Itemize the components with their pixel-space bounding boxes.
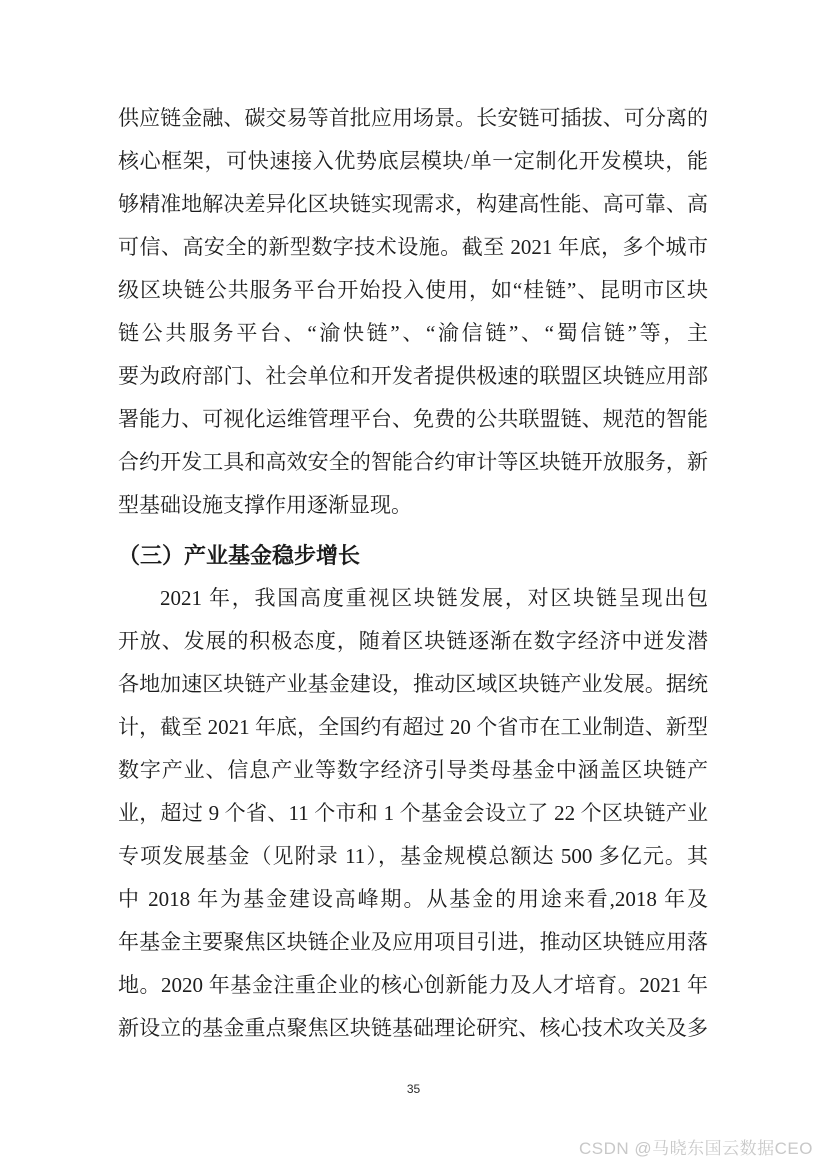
body-line: 专项发展基金（见附录 11），基金规模总额达 500 多亿元。其 [118,835,708,878]
body-line: 中 2018 年为基金建设高峰期。从基金的用途来看,2018 年及 2019 [118,878,708,921]
body-line: 年基金主要聚焦区块链企业及应用项目引进，推动区块链应用落 [118,921,708,964]
body-line: 各地加速区块链产业基金建设，推动区域区块链产业发展。据统 [118,663,708,706]
body-line: 级区块链公共服务平台开始投入使用，如“桂链”、昆明市区块 [118,269,708,312]
body-line: 合约开发工具和高效安全的智能合约审计等区块链开放服务，新 [118,441,708,484]
body-line: 新设立的基金重点聚焦区块链基础理论研究、核心技术攻关及多 [118,1007,708,1050]
body-line: 计，截至 2021 年底，全国约有超过 20 个省市在工业制造、新型 [118,706,708,749]
body-line: 够精准地解决差异化区块链实现需求，构建高性能、高可靠、高 [118,183,708,226]
body-line: 开放、发展的积极态度，随着区块链逐渐在数字经济中迸发潜力， [118,620,708,663]
page-number: 35 [0,1082,827,1096]
body-line: 数字产业、信息产业等数字经济引导类母基金中涵盖区块链产 [118,749,708,792]
body-line: 可信、高安全的新型数字技术设施。截至 2021 年底，多个城市 [118,226,708,269]
body-line: 要为政府部门、社会单位和开发者提供极速的联盟区块链应用部 [118,355,708,398]
body-line: 供应链金融、碳交易等首批应用场景。长安链可插拔、可分离的 [118,97,708,140]
body-text: 供应链金融、碳交易等首批应用场景。长安链可插拔、可分离的 核心框架，可快速接入优… [118,97,708,1050]
body-line: 核心框架，可快速接入优势底层模块/单一定制化开发模块，能 [118,140,708,183]
body-line: 业，超过 9 个省、11 个市和 1 个基金会设立了 22 个区块链产业 [118,792,708,835]
body-line: 链公共服务平台、“渝快链”、“渝信链”、“蜀信链”等，主 [118,312,708,355]
body-line: 2021 年，我国高度重视区块链发展，对区块链呈现出包容、 [118,577,708,620]
body-line: 署能力、可视化运维管理平台、免费的公共联盟链、规范的智能 [118,398,708,441]
body-line: 型基础设施支撑作用逐渐显现。 [118,484,708,527]
document-page: 供应链金融、碳交易等首批应用场景。长安链可插拔、可分离的 核心框架，可快速接入优… [0,0,827,1170]
body-line: 地。2020 年基金注重企业的核心创新能力及人才培育。2021 年 [118,964,708,1007]
watermark: CSDN @马晓东国云数据CEO [579,1134,813,1159]
section-heading: （三）产业基金稳步增长 [118,534,708,577]
